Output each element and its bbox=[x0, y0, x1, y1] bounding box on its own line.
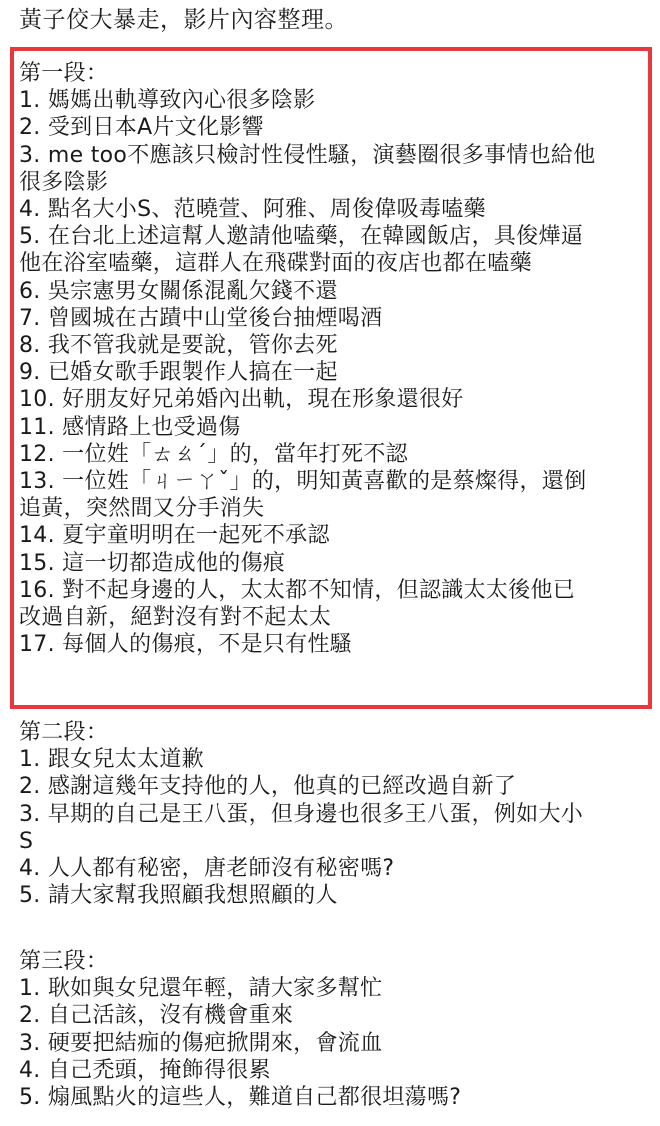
section-heading: 第三段： bbox=[19, 948, 461, 975]
list-item: 17. 每個人的傷痕，不是只有性騷 bbox=[19, 631, 596, 658]
document-title: 黃子佼大暴走，影片內容整理。 bbox=[19, 4, 348, 36]
list-item: 9. 已婚女歌手跟製作人搞在一起 bbox=[19, 359, 596, 386]
list-item: 追黃，突然間又分手消失 bbox=[19, 495, 596, 522]
list-item: 3. 硬要把結痂的傷疤掀開來，會流血 bbox=[19, 1030, 461, 1057]
section-1: 第一段： 1. 媽媽出軌導致內心很多陰影 2. 受到日本A片文化影響 3. me… bbox=[19, 60, 596, 658]
list-item: 1. 耿如與女兒還年輕，請大家多幫忙 bbox=[19, 975, 461, 1002]
list-item: 13. 一位姓「ㄐㄧㄚˇ」的，明知黃喜歡的是蔡燦得，還倒 bbox=[19, 468, 596, 495]
list-item: 2. 自己活該，沒有機會重來 bbox=[19, 1002, 461, 1029]
section-heading: 第二段： bbox=[19, 719, 583, 746]
list-item: 改過自新，絕對沒有對不起太太 bbox=[19, 604, 596, 631]
section-heading: 第一段： bbox=[19, 60, 596, 87]
list-item: 11. 感情路上也受過傷 bbox=[19, 414, 596, 441]
list-item: 很多陰影 bbox=[19, 169, 596, 196]
list-item: S bbox=[19, 828, 583, 855]
list-item: 2. 受到日本A片文化影響 bbox=[19, 114, 596, 141]
list-item: 14. 夏宇童明明在一起死不承認 bbox=[19, 522, 596, 549]
list-item: 3. 早期的自己是王八蛋，但身邊也很多王八蛋，例如大小 bbox=[19, 801, 583, 828]
list-item: 4. 人人都有秘密，唐老師沒有秘密嗎? bbox=[19, 855, 583, 882]
list-item: 5. 在台北上述這幫人邀請他嗑藥，在韓國飯店，具俊燁逼 bbox=[19, 223, 596, 250]
list-item: 2. 感謝這幾年支持他的人，他真的已經改過自新了 bbox=[19, 773, 583, 800]
list-item: 1. 跟女兒太太道歉 bbox=[19, 746, 583, 773]
list-item: 5. 煽風點火的這些人，難道自己都很坦蕩嗎? bbox=[19, 1084, 461, 1111]
list-item: 4. 點名大小S、范曉萱、阿雅、周俊偉吸毒嗑藥 bbox=[19, 196, 596, 223]
section-3: 第三段： 1. 耿如與女兒還年輕，請大家多幫忙 2. 自己活該，沒有機會重來 3… bbox=[19, 948, 461, 1111]
list-item: 12. 一位姓「ㄊㄠˊ」的，當年打死不認 bbox=[19, 441, 596, 468]
list-item: 5. 請大家幫我照顧我想照顧的人 bbox=[19, 882, 583, 909]
list-item: 7. 曾國城在古蹟中山堂後台抽煙喝酒 bbox=[19, 305, 596, 332]
list-item: 他在浴室嗑藥，這群人在飛碟對面的夜店也都在嗑藥 bbox=[19, 250, 596, 277]
list-item: 6. 吳宗憲男女關係混亂欠錢不還 bbox=[19, 278, 596, 305]
list-item: 1. 媽媽出軌導致內心很多陰影 bbox=[19, 87, 596, 114]
section-2: 第二段： 1. 跟女兒太太道歉 2. 感謝這幾年支持他的人，他真的已經改過自新了… bbox=[19, 719, 583, 909]
list-item: 15. 這一切都造成他的傷痕 bbox=[19, 550, 596, 577]
list-item: 8. 我不管我就是要說，管你去死 bbox=[19, 332, 596, 359]
list-item: 3. me too不應該只檢討性侵性騷，演藝圈很多事情也給他 bbox=[19, 142, 596, 169]
list-item: 4. 自己禿頭，掩飾得很累 bbox=[19, 1057, 461, 1084]
list-item: 16. 對不起身邊的人，太太都不知情，但認識太太後他已 bbox=[19, 577, 596, 604]
list-item: 10. 好朋友好兄弟婚內出軌，現在形象還很好 bbox=[19, 386, 596, 413]
